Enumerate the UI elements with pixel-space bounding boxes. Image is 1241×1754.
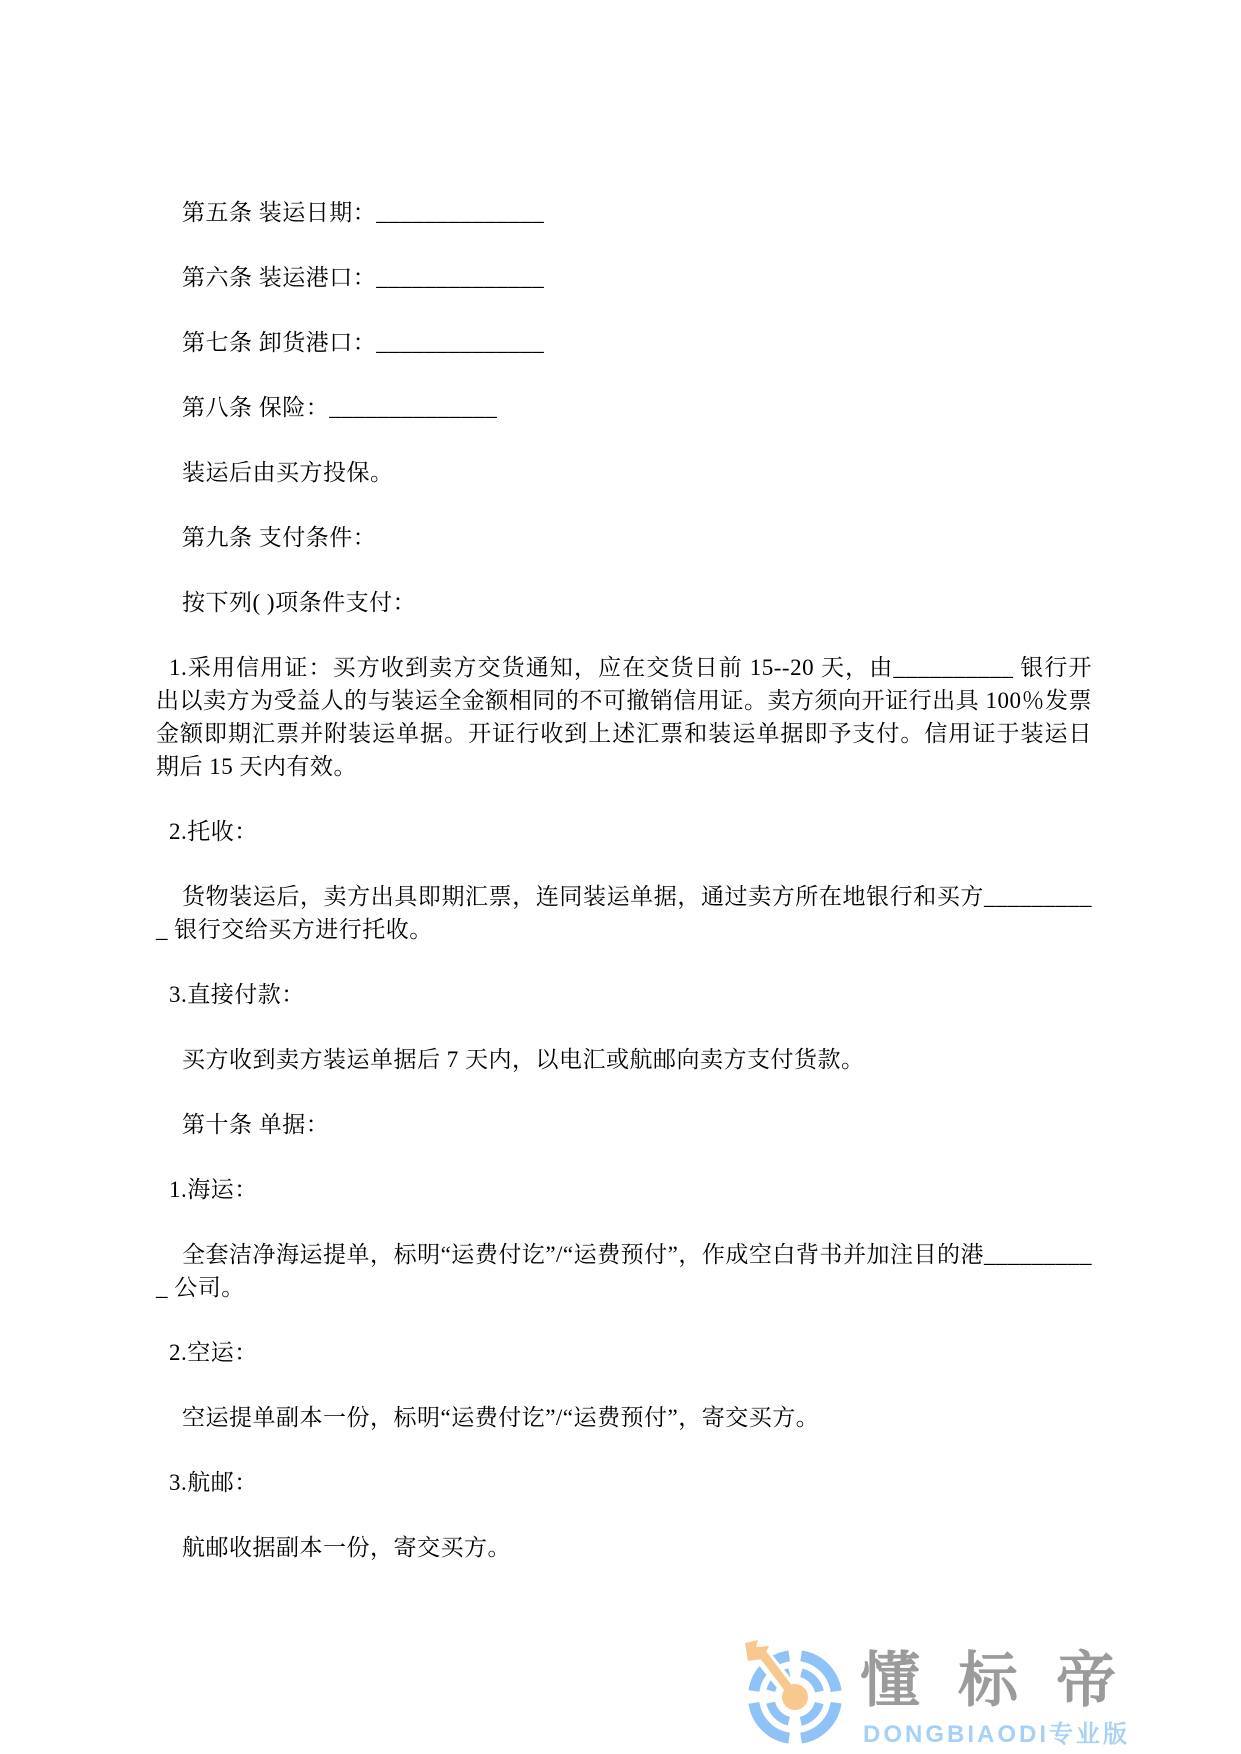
clause-article7-discharge-port: 第七条 卸货港口：______________: [156, 326, 1092, 359]
clause-payment-collection-title: 2.托收：: [156, 815, 1092, 848]
contract-body: 第五条 装运日期：______________ 第六条 装运港口：_______…: [156, 196, 1092, 1596]
clause-article8-insurance: 第八条 保险：______________: [156, 391, 1092, 424]
clause-docs-airmail-title: 3.航邮：: [156, 1466, 1092, 1499]
contract-page: 第五条 装运日期：______________ 第六条 装运港口：_______…: [0, 0, 1241, 1754]
watermark-brand-en: DONGBIAODI: [863, 1721, 1049, 1748]
clause-docs-air-body: 空运提单副本一份，标明“运费付讫”/“运费预付”，寄交买方。: [156, 1401, 1092, 1434]
clause-payment-letter-of-credit: 1.采用信用证：买方收到卖方交货通知，应在交货日前 15--20 天，由____…: [156, 651, 1092, 783]
clause-docs-air-title: 2.空运：: [156, 1336, 1092, 1369]
clause-docs-sea-body: 全套洁净海运提单，标明“运费付讫”/“运费预付”，作成空白背书并加注目的港___…: [156, 1238, 1092, 1304]
clause-payment-direct-body: 买方收到卖方装运单据后 7 天内，以电汇或航邮向卖方支付货款。: [156, 1043, 1092, 1076]
clause-docs-airmail-body: 航邮收据副本一份，寄交买方。: [156, 1531, 1092, 1564]
clause-insurance-note: 装运后由买方投保。: [156, 456, 1092, 489]
target-dart-logo: [742, 1638, 850, 1754]
clause-article5-shipping-date: 第五条 装运日期：______________: [156, 196, 1092, 229]
watermark-edition: 专业版: [1049, 1721, 1130, 1748]
clause-article6-loading-port: 第六条 装运港口：______________: [156, 261, 1092, 294]
clause-payment-intro: 按下列( )项条件支付：: [156, 586, 1092, 619]
clause-payment-collection-body: 货物装运后，卖方出具即期汇票，连同装运单据，通过卖方所在地银行和买方______…: [156, 880, 1092, 946]
watermark-subtitle: DONGBIAODI专业版: [863, 1721, 1130, 1748]
clause-article9-payment-terms: 第九条 支付条件：: [156, 521, 1092, 554]
clause-docs-sea-title: 1.海运：: [156, 1173, 1092, 1206]
watermark-brand-cn: 懂标帝: [860, 1650, 1154, 1712]
clause-payment-direct-title: 3.直接付款：: [156, 978, 1092, 1011]
clause-article10-documents: 第十条 单据：: [156, 1108, 1092, 1141]
